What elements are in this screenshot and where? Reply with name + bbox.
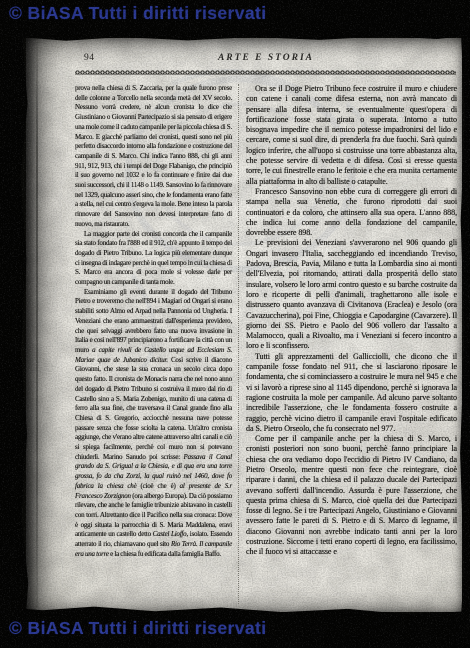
- column-right column-divider: Ora se il Doge Pietro Tribuno fece costr…: [238, 84, 457, 604]
- copyright-watermark-top: © BiASA Tutti i diritti riservati: [9, 3, 267, 24]
- text-segment: (cioè che è): [136, 482, 179, 490]
- text-segment: e la chiesa fu edificata dalla famiglia …: [109, 550, 221, 558]
- text-segment: Le previsioni dei Veneziani s'avverarono…: [246, 238, 457, 350]
- text-segment: Castel Lioffo: [153, 530, 187, 538]
- page-header: 94 ARTE E STORIA: [75, 53, 457, 65]
- paragraph: La maggior parte dei cronisti concorda c…: [75, 230, 232, 288]
- paragraph: Esaminiamo gli eventi durante il dogado …: [75, 288, 232, 560]
- paragraph: Francesco Sansovino non ebbe cura di cor…: [246, 187, 457, 238]
- text-segment: Venetia: [314, 197, 337, 206]
- text-segment: Ora se il Doge Pietro Tribuno fece costr…: [246, 84, 457, 186]
- text-segment: Come per il campanile anche per la chies…: [246, 434, 457, 556]
- text-segment: Esaminiamo gli eventi durante il dogado …: [75, 288, 232, 354]
- text-segment: prova nella chiesa di S. Zaccaria, per l…: [75, 84, 232, 228]
- text-columns: prova nella chiesa di S. Zaccaria, per l…: [75, 84, 457, 604]
- gutter-crease: [36, 42, 38, 608]
- scanned-journal-page: 94 ARTE E STORIA prova nella chiesa di S…: [0, 0, 470, 648]
- journal-title: ARTE E STORIA: [75, 53, 457, 63]
- text-segment: La maggior parte dei cronisti concorda c…: [75, 230, 232, 287]
- paragraph: Tutti gli apprezzamenti del Gallicciolli…: [246, 352, 457, 434]
- text-segment: Tutti gli apprezzamenti del Gallicciolli…: [246, 352, 457, 433]
- paragraph: Ora se il Doge Pietro Tribuno fece costr…: [246, 84, 457, 187]
- text-segment: Così scrive il diacono Giovanni, che ste…: [75, 356, 232, 461]
- paragraph: Le previsioni dei Veneziani s'avverarono…: [246, 238, 457, 351]
- paper-sheet: 94 ARTE E STORIA prova nella chiesa di S…: [26, 38, 462, 612]
- paragraph: Come per il campanile anche per la chies…: [246, 434, 457, 558]
- copyright-watermark-bottom: © BiASA Tutti i diritti riservati: [9, 618, 267, 639]
- ornament-rule: [75, 69, 456, 76]
- column-left: prova nella chiesa di S. Zaccaria, per l…: [75, 84, 232, 604]
- paragraph: prova nella chiesa di S. Zaccaria, per l…: [75, 84, 232, 230]
